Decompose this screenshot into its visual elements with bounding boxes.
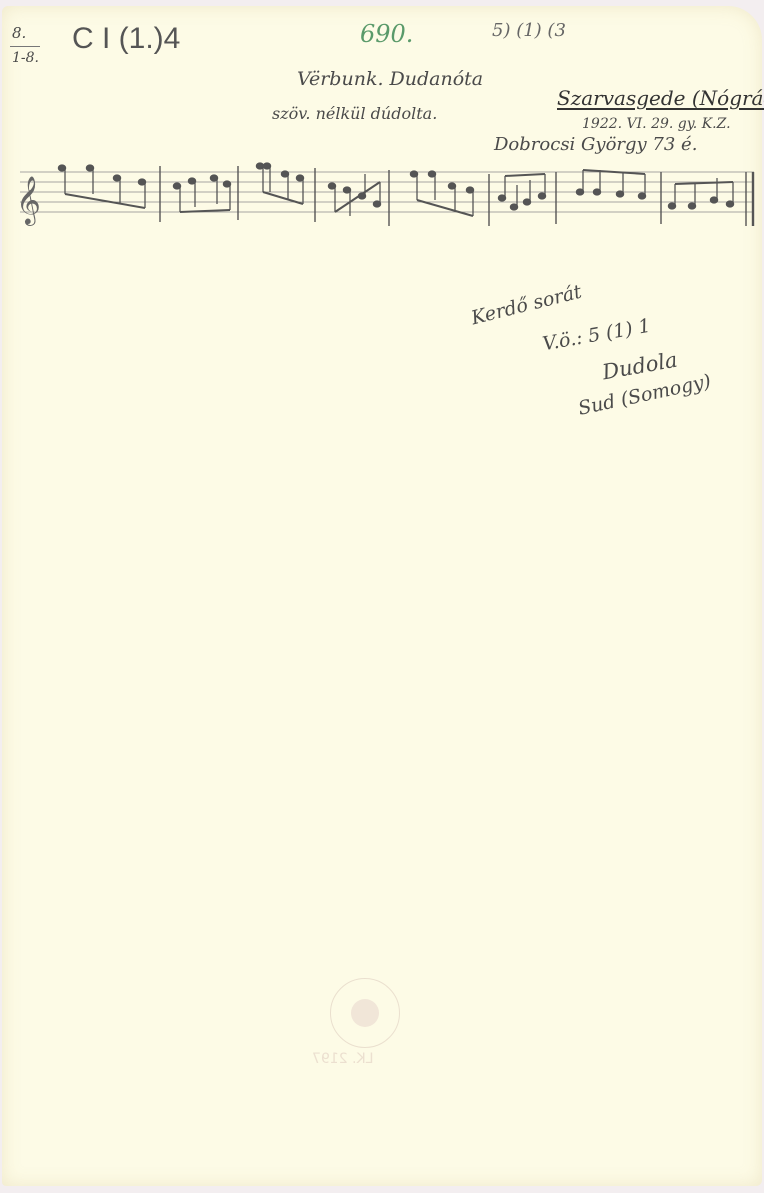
annotation-line-4: Sud (Somogy)	[576, 370, 713, 420]
manuscript-page: 8. 1-8. C I (1.)4 690. 5) (1) (3 Vërbunk…	[2, 6, 762, 1186]
treble-clef-icon: 𝄞	[16, 175, 41, 226]
library-stamp-icon	[330, 978, 400, 1048]
annotation-line-2: V.ö.: 5 (1) 1	[541, 315, 652, 356]
music-staff: 𝄞	[2, 6, 764, 246]
annotation-line-1: Kerdő sorát	[469, 281, 584, 330]
bleed-through-text: LK. 2197	[312, 1051, 374, 1067]
